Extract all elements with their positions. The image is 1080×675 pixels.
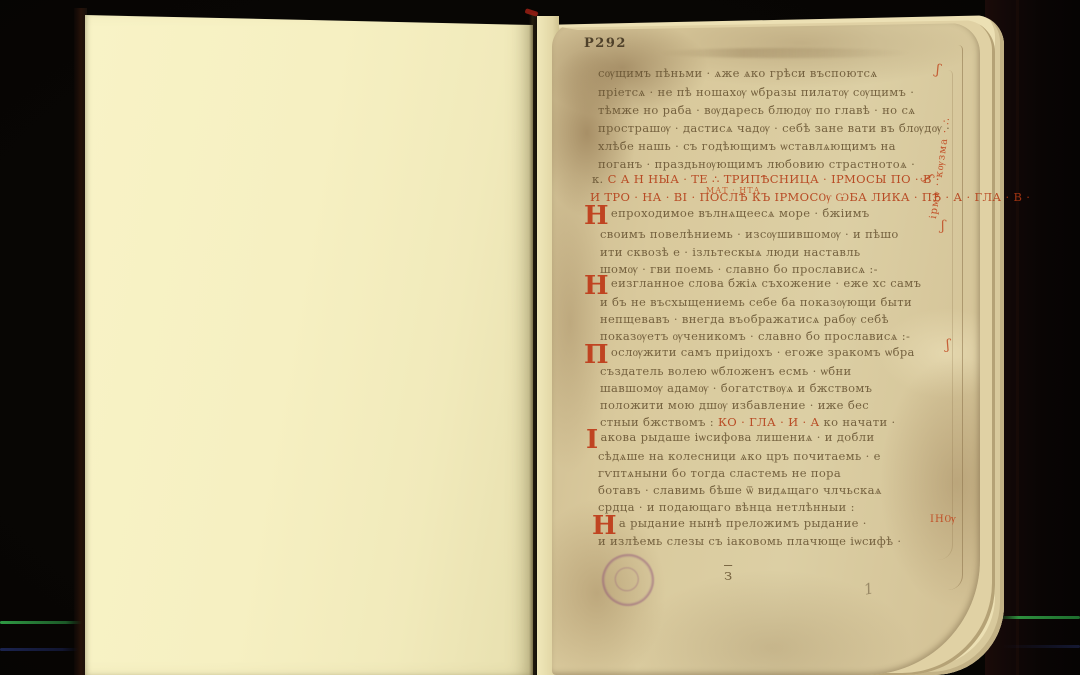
- manuscript-line: пріетсѧ · не пѣ ношахѹ ѡбразы пилатѹ сѹщ…: [598, 85, 914, 99]
- text-run: епроходимое вълнѧщеесѧ море · бжіимъ: [611, 206, 870, 220]
- text-run: срдца · и подающаго вѣнца нетлѣнныи :: [598, 500, 855, 514]
- quire-signature-mark: з: [724, 566, 732, 584]
- manuscript-line: своимъ повелѣниемь · изсѹшившомѹ · и пѣш…: [600, 227, 899, 241]
- manuscript-line: На рыдание нынѣ преложимъ рыдание ·: [592, 516, 867, 530]
- manuscript-line: сѹщимъ пѣньми · ѧже ѧко грѣси въспоютсѧ: [598, 66, 877, 80]
- text-run: пріетсѧ · не пѣ ношахѹ ѡбразы пилатѹ сѹщ…: [598, 85, 914, 99]
- text-run: сѹщимъ пѣньми · ѧже ѧко грѣси въспоютсѧ: [598, 66, 877, 80]
- text-run: шавшомѹ адамѹ · богатствѹѧ и бжствомъ: [600, 381, 872, 395]
- manuscript-line: прострашѹ · дастисѧ чадѹ · себѣ зане ват…: [598, 121, 950, 135]
- manuscript-line: И ТРО · НА · ВІ · ПОСЛѢ КЪ ІРМОСѸ ѠБА ЛИ…: [590, 190, 1030, 204]
- manuscript-line: положити мою дшѹ избавление · иже бес: [600, 398, 869, 412]
- manuscript-line: създатель волею ѡбложенъ есмь · ѡбни: [600, 364, 852, 378]
- text-run: създатель волею ѡбложенъ есмь · ѡбни: [600, 364, 852, 378]
- manuscript-line: хлѣбе нашь · съ годѣющимъ ѡставлѧющимъ н…: [598, 139, 896, 153]
- text-run: гѵптѧныни бо тогда сластемь не пора: [598, 466, 841, 480]
- manuscript-text-block: сѹщимъ пѣньми · ѧже ѧко грѣси въспоютсѧп…: [0, 0, 1080, 675]
- text-run: своимъ повелѣниемь · изсѹшившомѹ · и пѣш…: [600, 227, 899, 241]
- manuscript-line: ботавъ · славимь бѣше ѿ видѧщаго члчьска…: [598, 483, 882, 497]
- manuscript-line: шомѹ · гви поемь · славно бо прослависѧ …: [600, 262, 878, 276]
- text-run: ко начати ·: [824, 415, 896, 429]
- text-run: к.: [592, 172, 608, 186]
- text-run: показѹетъ ѹченикомъ · славно бо прослави…: [600, 329, 910, 343]
- text-run: сѣдѧше на колесници ѧко цръ почитаемь · …: [598, 449, 881, 463]
- text-run: еизгланное слова бжіѧ съхожение · еже хс…: [611, 276, 921, 290]
- text-run: непщевавъ · внегда въображатисѧ рабѹ себ…: [600, 312, 889, 326]
- manuscript-line: стныи бжствомъ : КО · ГЛА · И · А ко нач…: [600, 415, 895, 429]
- manuscript-line: и бъ не въсхыщениемь себе ба показѹющи б…: [600, 295, 912, 309]
- manuscript-line: тѣмже но раба · вѹдаресь блюдѹ по главѣ …: [598, 103, 915, 117]
- manuscript-line: ити сквозѣ е · ізльтескыѧ люди наставль: [600, 245, 861, 259]
- text-run: стныи бжствомъ :: [600, 415, 718, 429]
- text-run: акова рыдаше іѡсифова лишениѧ · и добли: [601, 430, 875, 444]
- text-run: шомѹ · гви поемь · славно бо прослависѧ …: [600, 262, 878, 276]
- text-run: и бъ не въсхыщениемь себе ба показѹющи б…: [600, 295, 912, 309]
- margin-ikos-note: ІНѸ: [930, 514, 957, 525]
- manuscript-line: поганъ · праздьнѹющимъ любовию страстнот…: [598, 157, 915, 171]
- manuscript-line: Іакова рыдаше іѡсифова лишениѧ · и добли: [586, 430, 874, 444]
- text-run: и излѣемь слезы съ іаковомь плачюще іѡси…: [598, 534, 901, 548]
- manuscript-line: показѹетъ ѹченикомъ · славно бо прослави…: [600, 329, 910, 343]
- manuscript-line: Послѹжити самъ приідохъ · егоже зракомъ …: [584, 345, 915, 359]
- manuscript-line: гѵптѧныни бо тогда сластемь не пора: [598, 466, 841, 480]
- manuscript-line: Неизгланное слова бжіѧ съхожение · еже х…: [584, 276, 921, 290]
- manuscript-photo: Р292 сѹщимъ пѣньми · ѧже ѧко грѣси въспо…: [0, 0, 1080, 675]
- text-run: И ТРО · НА · ВІ · ПОСЛѢ КЪ ІРМОСѸ ѠБА ЛИ…: [590, 190, 1030, 204]
- text-run: ити сквозѣ е · ізльтескыѧ люди наставль: [600, 245, 861, 259]
- text-run: а рыдание нынѣ преложимъ рыдание ·: [619, 516, 867, 530]
- text-run: положити мою дшѹ избавление · иже бес: [600, 398, 869, 412]
- manuscript-line: Непроходимое вълнѧщеесѧ море · бжіимъ: [584, 206, 870, 220]
- text-run: ботавъ · славимь бѣше ѿ видѧщаго члчьска…: [598, 483, 882, 497]
- manuscript-line: и излѣемь слезы съ іаковомь плачюще іѡси…: [598, 534, 901, 548]
- manuscript-line: сѣдѧше на колесници ѧко цръ почитаемь · …: [598, 449, 881, 463]
- rubric-initial: І: [586, 425, 599, 455]
- text-run: хлѣбе нашь · съ годѣющимъ ѡставлѧющимъ н…: [598, 139, 896, 153]
- manuscript-line: к. С А Н НЫА · ТЕ ∴ ТРИПѢСНИЦА · ІРМОСЫ …: [592, 172, 940, 186]
- text-run: ослѹжити самъ приідохъ · егоже зракомъ ѡ…: [611, 345, 915, 359]
- manuscript-line: шавшомѹ адамѹ · богатствѹѧ и бжствомъ: [600, 381, 872, 395]
- text-run: КО · ГЛА · И · А: [718, 415, 824, 429]
- text-run: прострашѹ · дастисѧ чадѹ · себѣ зане ват…: [598, 121, 950, 135]
- manuscript-line: срдца · и подающаго вѣнца нетлѣнныи :: [598, 500, 855, 514]
- text-run: тѣмже но раба · вѹдаресь блюдѹ по главѣ …: [598, 103, 915, 117]
- text-run: поганъ · праздьнѹющимъ любовию страстнот…: [598, 157, 915, 171]
- text-run: С А Н НЫА · ТЕ ∴ ТРИПѢСНИЦА · ІРМОСЫ ПО …: [608, 172, 940, 186]
- manuscript-line: непщевавъ · внегда въображатисѧ рабѹ себ…: [600, 312, 889, 326]
